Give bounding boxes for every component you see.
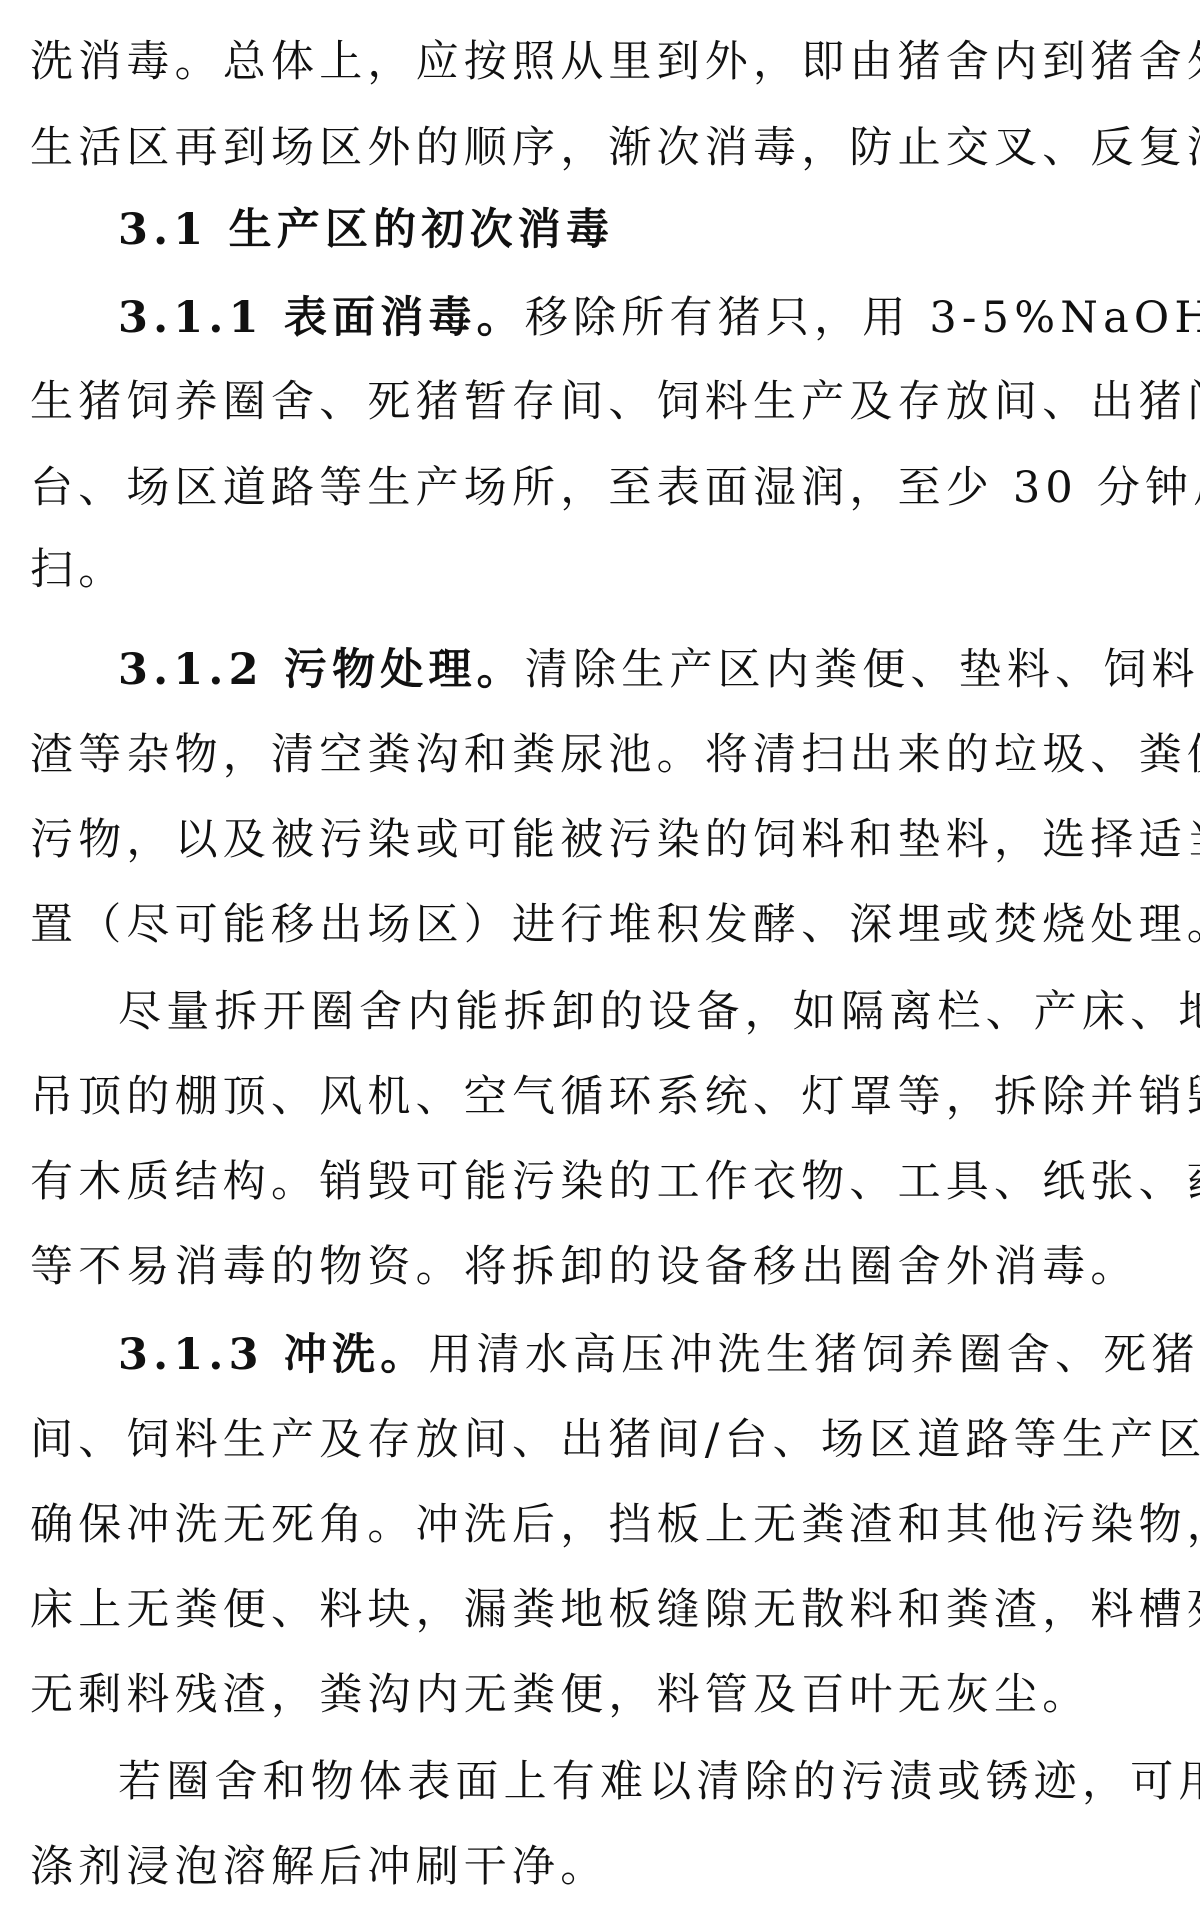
body-text-line: 置（尽可能移出场区）进行堆积发酵、深埋或焚烧处理。 <box>30 895 1166 955</box>
body-text: 清除生产区内粪便、垫料、饲料及残 <box>525 645 1200 695</box>
subsection-line: 3.1.3 冲洗。用清水高压冲洗生猪饲养圈舍、死猪暂存 <box>30 1325 1166 1385</box>
subsection-title: 3.1.1 表面消毒。 <box>118 293 525 343</box>
body-text: 用清水高压冲洗生猪饲养圈舍、死猪暂存 <box>428 1330 1200 1380</box>
body-text-line: 洗消毒。总体上，应按照从里到外，即由猪舍内到猪舍外、 <box>30 32 1166 92</box>
body-text-line: 台、场区道路等生产场所，至表面湿润，至少 30 分钟后清 <box>30 458 1166 518</box>
subsection-title: 3.1.2 污物处理。 <box>118 645 525 695</box>
body-text-line: 有木质结构。销毁可能污染的工作衣物、工具、纸张、药品 <box>30 1152 1166 1212</box>
subsection-line: 3.1.2 污物处理。清除生产区内粪便、垫料、饲料及残 <box>30 640 1166 700</box>
body-text-line: 无剩料残渣，粪沟内无粪便，料管及百叶无灰尘。 <box>30 1665 1166 1725</box>
body-text: 移除所有猪只，用 3-5%NaOH 全面喷洒 <box>525 293 1200 343</box>
body-text-line: 渣等杂物，清空粪沟和粪尿池。将清扫出来的垃圾、粪便等 <box>30 725 1166 785</box>
body-text-line: 床上无粪便、料块，漏粪地板缝隙无散料和粪渣，料槽死角 <box>30 1580 1166 1640</box>
document-page: 洗消毒。总体上，应按照从里到外，即由猪舍内到猪舍外、 生活区再到场区外的顺序，渐… <box>0 0 1200 1915</box>
subsection-line: 3.1.1 表面消毒。移除所有猪只，用 3-5%NaOH 全面喷洒 <box>30 288 1166 348</box>
body-text-line: 扫。 <box>30 540 1166 600</box>
body-text-line: 吊顶的棚顶、风机、空气循环系统、灯罩等，拆除并销毁所 <box>30 1067 1166 1127</box>
body-text-line: 生猪饲养圈舍、死猪暂存间、饲料生产及存放间、出猪间/ <box>30 372 1166 432</box>
section-title: 3.1 生产区的初次消毒 <box>118 205 614 255</box>
body-text-line: 间、饲料生产及存放间、出猪间/台、场区道路等生产区域， <box>30 1410 1166 1470</box>
body-text-line: 污物，以及被污染或可能被污染的饲料和垫料，选择适当位 <box>30 810 1166 870</box>
subsection-title: 3.1.3 冲洗。 <box>118 1330 428 1380</box>
body-text-line: 等不易消毒的物资。将拆卸的设备移出圈舍外消毒。 <box>30 1237 1166 1297</box>
body-text-line: 尽量拆开圈舍内能拆卸的设备，如隔离栏、产床、地板、 <box>30 982 1166 1042</box>
section-heading: 3.1 生产区的初次消毒 <box>30 200 1166 260</box>
body-text-line: 确保冲洗无死角。冲洗后，挡板上无粪渣和其他污染物，产 <box>30 1495 1166 1555</box>
body-text-line: 涤剂浸泡溶解后冲刷干净。 <box>30 1837 1166 1897</box>
body-text-line: 若圈舍和物体表面上有难以清除的污渍或锈迹，可用洗 <box>30 1752 1166 1812</box>
body-text-line: 生活区再到场区外的顺序，渐次消毒，防止交叉、反复污染。 <box>30 118 1166 178</box>
